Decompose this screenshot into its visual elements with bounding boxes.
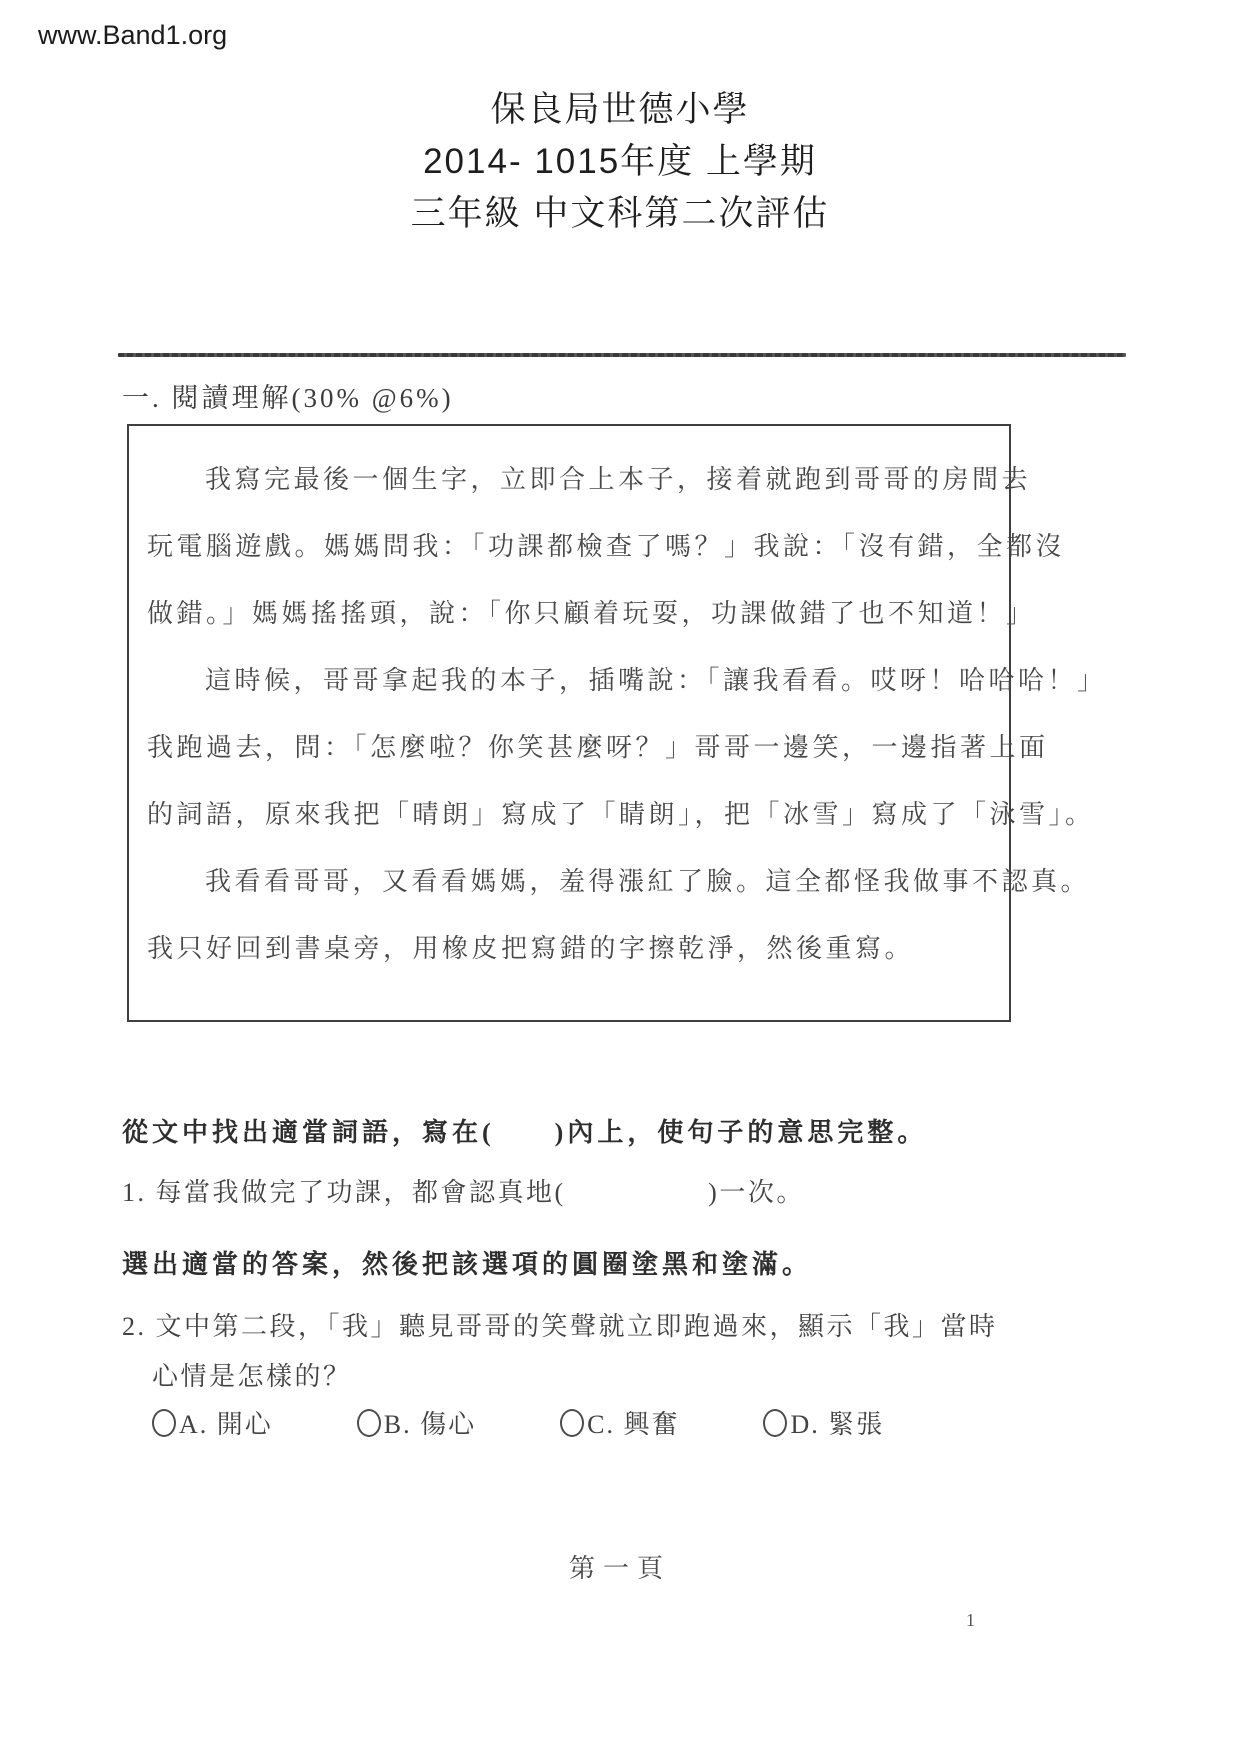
watermark-url: www.Band1.org [38,20,227,51]
option-label: B. 傷心 [384,1404,476,1441]
question-2-line-2: 心情是怎樣的？ [152,1356,352,1393]
section-heading: 一. 閱讀理解(30% @6%) [122,376,454,415]
school-name: 保良局世德小學 [0,84,1240,136]
option-label: C. 興奮 [587,1404,679,1441]
question-2-options: A. 開心 B. 傷心 C. 興奮 D. 緊張 [152,1404,884,1441]
passage-line: 我只好回到書桌旁，用橡皮把寫錯的字擦乾淨，然後重寫。 [147,915,995,982]
answer-bubble-icon [152,1409,176,1437]
passage-line: 做錯。」媽媽搖搖頭，說：「你只顧着玩耍，功課做錯了也不知道！」 [147,580,995,647]
option-label: D. 緊張 [790,1404,884,1441]
passage-line: 我看看哥哥，又看看媽媽，羞得漲紅了臉。這全都怪我做事不認真。 [147,848,995,915]
option-c: C. 興奮 [560,1404,679,1441]
passage-line: 的詞語，原來我把「晴朗」寫成了「睛朗」，把「冰雪」寫成了「泳雪」。 [147,781,995,848]
option-b: B. 傷心 [357,1404,476,1441]
answer-bubble-icon [560,1409,584,1437]
exam-paper-page: www.Band1.org 保良局世德小學 2014- 1015年度 上學期 三… [0,0,1240,1754]
passage-line: 玩電腦遊戲。媽媽問我：「功課都檢查了嗎？」我說：「沒有錯，全都沒 [147,513,995,580]
instruction-fill-in: 從文中找出適當詞語，寫在( )內上，使句子的意思完整。 [122,1112,927,1149]
question-1: 1. 每當我做完了功課，都會認真地( )一次。 [122,1172,805,1209]
passage-line: 這時候，哥哥拿起我的本子，插嘴說：「讓我看看。哎呀！哈哈哈！」 [147,647,995,714]
year-term: 2014- 1015年度 上學期 [0,136,1240,188]
horizontal-divider [118,353,1126,357]
passage-line: 我跑過去，問：「怎麼啦？你笑甚麼呀？」哥哥一邊笑，一邊指著上面 [147,714,995,781]
instruction-multiple-choice: 選出適當的答案，然後把該選項的圓圈塗黑和塗滿。 [122,1244,812,1281]
title-block: 保良局世德小學 2014- 1015年度 上學期 三年級 中文科第二次評估 [0,84,1240,240]
answer-bubble-icon [763,1409,787,1437]
exam-title: 三年級 中文科第二次評估 [0,188,1240,240]
option-label: A. 開心 [179,1404,273,1441]
reading-passage-box: 我寫完最後一個生字，立即合上本子，接着就跑到哥哥的房間去 玩電腦遊戲。媽媽問我：… [127,424,1011,1022]
passage-line: 我寫完最後一個生字，立即合上本子，接着就跑到哥哥的房間去 [147,446,995,513]
question-2-line-1: 2. 文中第二段，「我」聽見哥哥的笑聲就立即跑過來，顯示「我」當時 [122,1306,998,1343]
option-d: D. 緊張 [763,1404,884,1441]
footer-page-label: 第一頁 [0,1548,1240,1585]
option-a: A. 開心 [152,1404,273,1441]
answer-bubble-icon [357,1409,381,1437]
page-number: 1 [966,1610,975,1631]
